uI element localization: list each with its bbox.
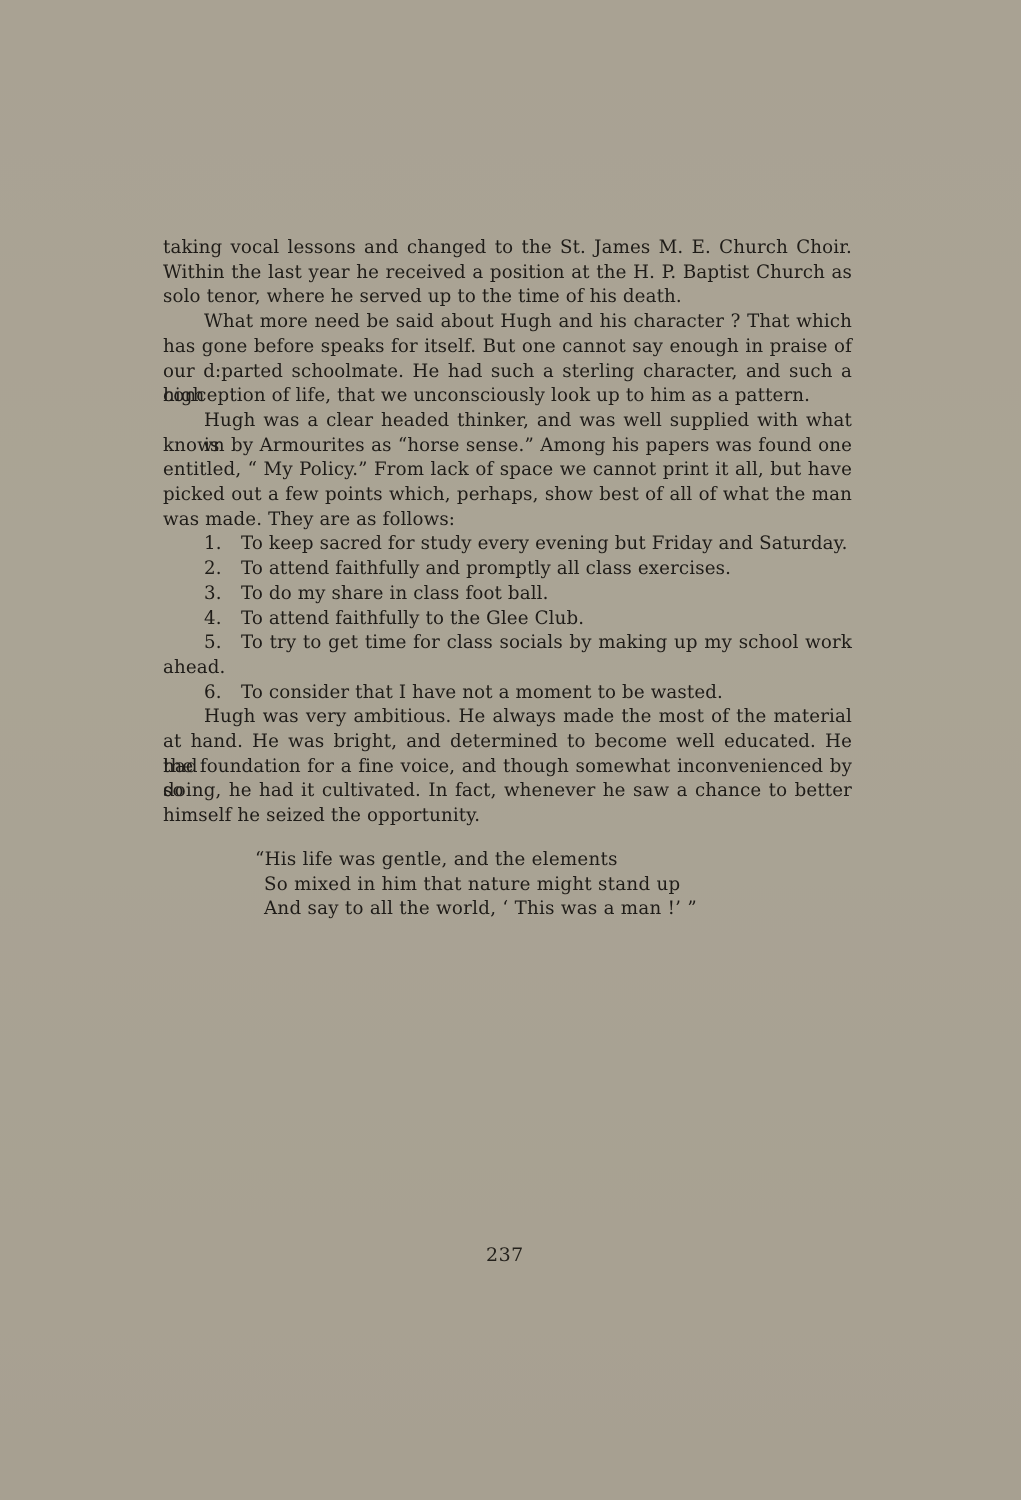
policy-item-number: 5.	[204, 631, 232, 656]
policy-item-number: 1.	[204, 532, 232, 557]
quotation-line-2: So mixed in him that nature might stand …	[264, 873, 680, 898]
quotation-line-3: And say to all the world, ‘ This was a m…	[264, 897, 697, 922]
page-number: 237	[486, 1244, 524, 1266]
policy-item-4: 4. To attend faithfully to the Glee Club…	[163, 607, 852, 632]
policy-item-number: 6.	[204, 681, 232, 706]
policy-item-text: To attend faithfully to the Glee Club.	[241, 607, 584, 632]
paragraph-2-line-2: has gone before speaks for itself. But o…	[163, 335, 852, 360]
closing-line-2: at hand. He was bright, and determined t…	[163, 730, 852, 755]
policy-item-text: To attend faithfully and promptly all cl…	[241, 557, 731, 582]
policy-item-2: 2. To attend faithfully and promptly all…	[163, 557, 852, 582]
policy-item-number: 2.	[204, 557, 232, 582]
policy-item-1: 1. To keep sacred for study every evenin…	[163, 532, 852, 557]
closing-line-1: Hugh was very ambitious. He always made …	[204, 705, 852, 730]
paragraph-1-line-2: Within the last year he received a posit…	[163, 261, 852, 286]
paragraph-3-line-4: picked out a few points which, perhaps, …	[163, 483, 852, 508]
closing-line-3: the foundation for a fine voice, and tho…	[163, 755, 852, 780]
paragraph-3-line-1: Hugh was a clear headed thinker, and was…	[204, 409, 852, 434]
quotation-line-1: “His life was gentle, and the elements	[255, 848, 618, 873]
paragraph-1-line-3: solo tenor, where he served up to the ti…	[163, 285, 682, 310]
paragraph-2-line-4: conception of life, that we unconsciousl…	[163, 384, 810, 409]
policy-item-text: To try to get time for class socials by …	[241, 631, 852, 656]
paragraph-3-line-3: entitled, “ My Policy.” From lack of spa…	[163, 458, 852, 483]
policy-item-number: 3.	[204, 582, 232, 607]
policy-item-text: To keep sacred for study every evening b…	[241, 532, 848, 557]
policy-item-number: 4.	[204, 607, 232, 632]
paragraph-1-line-1: taking vocal lessons and changed to the …	[163, 236, 852, 261]
policy-item-3: 3. To do my share in class foot ball.	[163, 582, 852, 607]
paragraph-2-line-1: What more need be said about Hugh and hi…	[204, 310, 852, 335]
policy-item-6: 6. To consider that I have not a moment …	[163, 681, 852, 706]
paragraph-3-line-2: known by Armourites as “horse sense.” Am…	[163, 434, 852, 459]
policy-item-text: To do my share in class foot ball.	[241, 582, 549, 607]
closing-line-5: himself he seized the opportunity.	[163, 804, 480, 829]
policy-item-text: To consider that I have not a moment to …	[241, 681, 723, 706]
closing-line-4: doing, he had it cultivated. In fact, wh…	[163, 779, 852, 804]
paragraph-2-line-3: our d:parted schoolmate. He had such a s…	[163, 360, 852, 385]
paragraph-3-line-5: was made. They are as follows:	[163, 508, 455, 533]
policy-item-5-continuation: ahead.	[163, 656, 226, 681]
policy-item-5: 5. To try to get time for class socials …	[163, 631, 852, 656]
